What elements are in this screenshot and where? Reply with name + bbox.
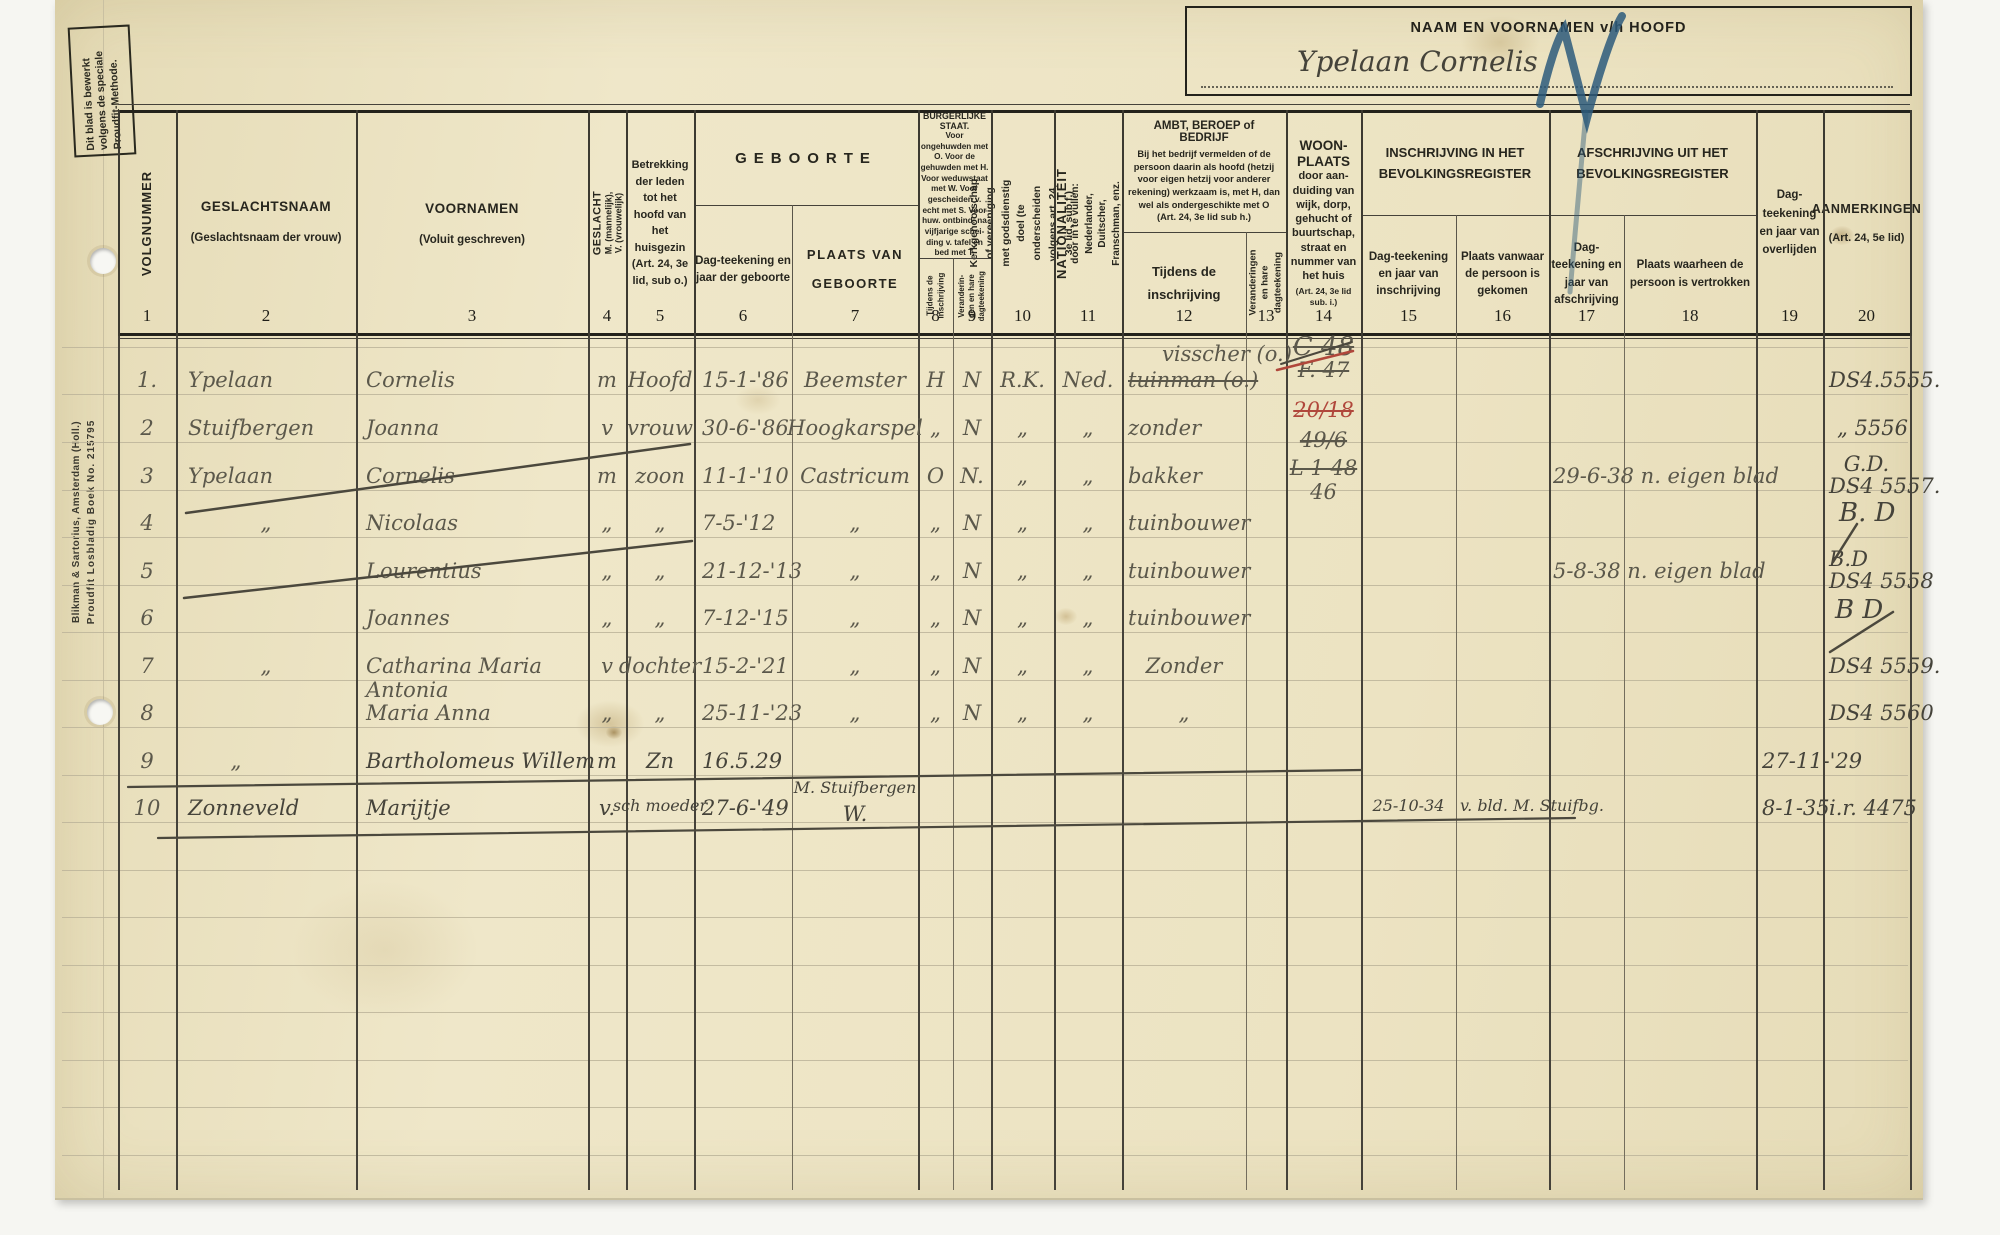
handwriting-entry: 7 [140, 656, 153, 677]
handwriting-entry: L 1 48 [1290, 458, 1357, 479]
handwriting-entry: M. Stuifbergen [794, 780, 917, 796]
handwriting-entry: „ [231, 751, 242, 772]
header-beroep-note: Bij het bedrijf vermelden of de persoon … [1128, 148, 1280, 223]
handwriting-entry: „ 5556 [1837, 418, 1908, 439]
handwriting-entry: 46 [1310, 482, 1337, 503]
handwriting-entry: DS4 5557. [1829, 476, 1940, 497]
handwriting-entry: 25-11-'23 [702, 703, 802, 724]
handwriting-entry: 15-1-'86 [702, 370, 789, 391]
handwriting-entry: „ [1017, 466, 1028, 487]
column-number: 13 [1258, 306, 1275, 326]
handwriting-entry: „ [602, 703, 613, 724]
handwriting-entry: „ [930, 703, 941, 724]
handwriting-entry: 7-12-'15 [702, 608, 789, 629]
header-col17-label: Dag-teekening en jaar van afschrijving [1549, 240, 1624, 309]
header-col11-sub: door in te vullen: Nederlander, Duitsche… [1069, 168, 1123, 279]
handwriting-entry: bakker [1128, 466, 1202, 487]
column-number: 2 [262, 306, 271, 326]
handwriting-entry: Hoogkarspel [787, 418, 923, 439]
handwriting-entry: „ [1083, 561, 1094, 582]
header-col4-title: GESLACHT [591, 191, 603, 256]
handwriting-entry: v [601, 656, 613, 677]
header-col19: Dag-teekening en jaar van overlijden [1756, 112, 1823, 334]
handwriting-entry: „ [850, 656, 861, 677]
imprint-line: Blikman & Sartorius, Amsterdam (Holl.) [69, 377, 84, 667]
handwriting-entry: „ [1083, 703, 1094, 724]
handwriting-entry: „ [1083, 418, 1094, 439]
handwriting-entry: i.r. 4475 [1829, 798, 1917, 819]
handwriting-entry: Castricum [800, 466, 910, 487]
handwriting-entry: Antonia [366, 680, 449, 701]
column-number: 11 [1080, 306, 1096, 326]
handwriting-entry: 8 [140, 703, 153, 724]
handwriting-entry: „ [1017, 418, 1028, 439]
handwriting-entry: 27-11-'29 [1762, 751, 1862, 772]
column-number: 20 [1858, 306, 1875, 326]
header-col19-label: Dag-teekening en jaar van overlijden [1756, 186, 1823, 260]
handwriting-entry: „ [602, 561, 613, 582]
handwriting-entry: „ [930, 656, 941, 677]
handwriting-entry: C 48 [1293, 334, 1354, 360]
handwriting-entry: DS4 5558 [1829, 571, 1934, 592]
handwriting-entry: m [597, 466, 617, 487]
handwriting-entry: 20/18 [1293, 400, 1354, 421]
handwriting-entry: tuinbouwer [1128, 513, 1250, 534]
column-number: 12 [1176, 306, 1193, 326]
handwriting-entry: R.K. [1000, 370, 1045, 391]
handwriting-entry: „ [1017, 656, 1028, 677]
column-number: 18 [1682, 306, 1699, 326]
column-number: 6 [739, 306, 748, 326]
header-col14-sub: door aan-duiding van wijk, dorp, gehucht… [1288, 169, 1359, 283]
handwriting-entry: „ [1083, 608, 1094, 629]
handwriting-entry: „ [1017, 608, 1028, 629]
handwriting-entry: DS4 5560 [1829, 703, 1934, 724]
handwriting-entry: N [963, 370, 981, 391]
header-col20: AANMERKINGEN (Art. 24, 5e lid) [1823, 112, 1910, 334]
handwriting-entry: N [963, 418, 981, 439]
header-col4: GESLACHT M. (mannelijk), V. (vrouwelijk) [588, 112, 626, 334]
scanned-document: Dit blad is bewerkt volgens de speciale … [0, 0, 2000, 1235]
handwriting-entry: 16.5.29 [702, 751, 782, 772]
handwriting-entry: „ [655, 703, 666, 724]
handwriting-entry: „ [850, 608, 861, 629]
column-number: 16 [1494, 306, 1511, 326]
column-number: 4 [603, 306, 612, 326]
column-number: 8 [931, 306, 940, 326]
handwriting-entry: 2 [140, 418, 153, 439]
handwriting-entry: „ [655, 513, 666, 534]
handwriting-entry: „ [1017, 561, 1028, 582]
header-col10: Kerkgenootschap of vereeniging met godsd… [991, 112, 1054, 334]
handwriting-entry: „ [1179, 703, 1190, 724]
column-number: 14 [1315, 306, 1332, 326]
handwriting-entry: Nicolaas [366, 513, 458, 534]
handwriting-entry: „ [1017, 703, 1028, 724]
header-col5-label: Betrekking der leden tot het hoofd van h… [629, 157, 691, 289]
header-col14: WOON-PLAATS door aan-duiding van wijk, d… [1286, 112, 1361, 334]
handwriting-entry: Hoofd [628, 370, 693, 391]
column-number: 1 [143, 306, 152, 326]
header-col2-sub: (Geslachtsnaam der vrouw) [191, 230, 342, 247]
handwriting-entry: m [597, 751, 617, 772]
handwriting-entry: „ [1083, 656, 1094, 677]
handwriting-entry: visscher (o.) [1162, 344, 1292, 365]
header-col7-label: PLAATS VAN GEBOORTE [792, 241, 918, 298]
handwriting-entry: Ned. [1063, 370, 1114, 391]
handwriting-entry: N [963, 703, 981, 724]
paper-crease [103, 0, 104, 1198]
handwriting-entry: tuinbouwer [1128, 608, 1250, 629]
handwriting-entry: zoon [635, 466, 685, 487]
printer-imprint: Blikman & Sartorius, Amsterdam (Holl.) P… [69, 377, 101, 667]
header-beroep-block: AMBT, BEROEP of BEDRIJF Bij het bedrijf … [1122, 112, 1286, 232]
handwriting-entry: 3 [140, 466, 153, 487]
handwriting-entry: 49/6 [1300, 430, 1347, 451]
header-col3-title: VOORNAMEN [425, 201, 519, 216]
handwriting-entry: N [963, 608, 981, 629]
header-col6-label: Dag-teekening en jaar der geboorte [694, 253, 792, 286]
handwriting-entry: m [597, 370, 617, 391]
header-afschrijving-group: AFSCHRIJVING UIT HET BEVOLKINGSREGISTER [1549, 112, 1756, 215]
handwriting-entry: „ [1017, 513, 1028, 534]
imprint-line: Proudfit Losbladig Boek No. 215795 [84, 377, 99, 667]
header-col12-label: Tijdens de inschrijving [1122, 260, 1246, 307]
handwriting-entry: Catharina Maria [366, 656, 542, 677]
handwriting-entry: 1. [137, 370, 157, 391]
handwriting-entry: F. 47 [1298, 360, 1349, 381]
handwriting-entry: Bartholomeus Willem [366, 751, 595, 772]
header-col11: NATIONALITEIT door in te vullen: Nederla… [1054, 112, 1122, 334]
handwriting-entry: Cornelis [366, 466, 455, 487]
handwriting-entry: „ [850, 561, 861, 582]
handwriting-entry: „ [930, 418, 941, 439]
header-col14-title: WOON-PLAATS [1288, 138, 1359, 169]
header-col1: VOLGNUMMER [118, 112, 176, 334]
handwriting-entry: 5-8-38 n. eigen blad [1553, 561, 1766, 582]
handwriting-entry: 8-1-35 [1762, 798, 1830, 819]
dotted-rule [1201, 86, 1893, 88]
handwriting-entry: v [601, 418, 613, 439]
header-burgstaat-title: BURGERLIJKE STAAT. [920, 111, 989, 131]
handwriting-entry: O [927, 466, 944, 487]
header-col4-sub: M. (mannelijk), V. (vrouwelijk) [603, 191, 623, 256]
header-col5: Betrekking der leden tot het hoofd van h… [626, 112, 694, 334]
header-col18-label: Plaats waarheen de persoon is vertrokken [1624, 257, 1756, 292]
handwriting-entry: Stuifbergen [188, 418, 314, 439]
handwriting-entry: G.D. [1844, 454, 1889, 475]
handwriting-entry: sch moeder [613, 798, 707, 814]
header-col20-sub: (Art. 24, 5e lid) [1829, 232, 1905, 244]
header-col2: GESLACHTSNAAM (Geslachtsnaam der vrouw) [176, 112, 356, 334]
column-number: 19 [1781, 306, 1798, 326]
handwriting-entry: 7-5-'12 [702, 513, 775, 534]
column-number: 9 [968, 306, 977, 326]
handwriting-entry: 29-6-38 n. eigen blad [1553, 466, 1779, 487]
handwriting-entry: Joannes [366, 608, 450, 629]
handwriting-entry: „ [1083, 466, 1094, 487]
handwriting-entry: N [963, 561, 981, 582]
header-col3: VOORNAMEN (Voluit geschreven) [356, 112, 588, 334]
header-beroep-title: AMBT, BEROEP of BEDRIJF [1128, 120, 1280, 144]
header-col14-art: (Art. 24, 3e lid sub. i.) [1288, 286, 1359, 308]
handwriting-entry: Lourentius [366, 561, 482, 582]
header-col11-title: NATIONALITEIT [1054, 168, 1069, 279]
header-geboorte-group: GEBOORTE [694, 112, 918, 205]
header-inschrijving-title: INSCHRIJVING IN HET BEVOLKINGSREGISTER [1361, 143, 1549, 185]
handwriting-entry: „ [261, 513, 272, 534]
handwriting-entry: B D [1835, 597, 1883, 623]
handwriting-entry: 9 [140, 751, 153, 772]
header-col15-label: Dag-teekening en jaar van inschrijving [1361, 249, 1456, 301]
header-afschrijving-title: AFSCHRIJVING UIT HET BEVOLKINGSREGISTER [1549, 143, 1756, 185]
column-number: 7 [851, 306, 860, 326]
head-name-box: NAAM EN VOORNAMEN v/h HOOFD Ypelaan Corn… [1185, 6, 1912, 96]
handwriting-entry: 6 [140, 608, 153, 629]
handwriting-entry: tuinman (o.) [1128, 370, 1258, 391]
header-geboorte-title: GEBOORTE [735, 150, 877, 167]
handwriting-entry: 10 [134, 798, 161, 819]
handwriting-entry: 25-10-34 [1373, 798, 1445, 814]
column-number: 3 [468, 306, 477, 326]
handwriting-entry: B.D [1829, 549, 1868, 570]
handwriting-entry: Ypelaan [188, 370, 273, 391]
handwriting-entry: H [926, 370, 944, 391]
handwriting-entry: N [963, 513, 981, 534]
handwriting-entry: 15-2-'21 [702, 656, 789, 677]
handwriting-entry: tuinbouwer [1128, 561, 1250, 582]
handwriting-entry: 11-1-'10 [702, 466, 789, 487]
handwriting-entry: N [963, 656, 981, 677]
column-number: 17 [1578, 306, 1595, 326]
handwriting-entry: „ [930, 513, 941, 534]
column-number: 10 [1014, 306, 1031, 326]
name-box-label: NAAM EN VOORNAMEN v/h HOOFD [1187, 20, 1910, 36]
handwriting-entry: Joanna [366, 418, 439, 439]
handwriting-entry: „ [850, 703, 861, 724]
handwriting-entry: „ [930, 608, 941, 629]
column-number: 15 [1400, 306, 1417, 326]
header-col2-title: GESLACHTSNAAM [201, 199, 331, 214]
handwriting-entry: „ [261, 656, 272, 677]
handwriting-entry: „ [602, 608, 613, 629]
handwriting-entry: DS4 5559. [1829, 656, 1940, 677]
head-name-handwritten: Ypelaan Cornelis [1297, 48, 1538, 76]
handwriting-entry: zonder [1128, 418, 1201, 439]
handwriting-entry: 27-6-'49 [702, 798, 789, 819]
handwriting-entry: dochter [619, 656, 701, 677]
header-col16-label: Plaats vanwaar de persoon is gekomen [1456, 249, 1549, 301]
handwriting-entry: Beemster [804, 370, 906, 391]
handwriting-entry: 5 [140, 561, 153, 582]
handwriting-entry: B. D [1839, 500, 1895, 526]
handwriting-entry: Zonder [1146, 656, 1223, 677]
handwriting-entry: 30-6-'86 [702, 418, 789, 439]
handwriting-entry: vrouw [627, 418, 693, 439]
handwriting-entry: „ [930, 561, 941, 582]
header-col3-sub: (Voluit geschreven) [419, 234, 525, 246]
handwriting-entry: 4 [140, 513, 153, 534]
handwriting-entry: „ [1083, 513, 1094, 534]
handwriting-entry: Cornelis [366, 370, 455, 391]
handwriting-entry: 21-12-'13 [702, 561, 802, 582]
column-number: 5 [656, 306, 665, 326]
handwriting-entry: „ [602, 513, 613, 534]
header-col20-title: AANMERKINGEN [1812, 202, 1921, 216]
handwriting-entry: Ypelaan [188, 466, 273, 487]
handwriting-entry: N. [960, 466, 984, 487]
punch-hole [87, 699, 113, 725]
header-inschrijving-group: INSCHRIJVING IN HET BEVOLKINGSREGISTER [1361, 112, 1549, 215]
handwriting-entry: v. bld. M. Stuifbg. [1460, 798, 1604, 814]
handwriting-entry: Maria Anna [366, 703, 491, 724]
punch-hole [90, 248, 116, 274]
header-col1-label: VOLGNUMMER [140, 170, 155, 275]
handwriting-entry: DS4.5555. [1829, 370, 1940, 391]
handwriting-entry: „ [850, 513, 861, 534]
handwriting-entry: Zn [646, 751, 674, 772]
handwriting-entry: „ [655, 608, 666, 629]
handwriting-entry: W. [843, 804, 868, 825]
handwriting-entry: „ [655, 561, 666, 582]
handwriting-entry: Zonneveld [188, 798, 299, 819]
handwriting-entry: Marijtje [366, 798, 451, 819]
